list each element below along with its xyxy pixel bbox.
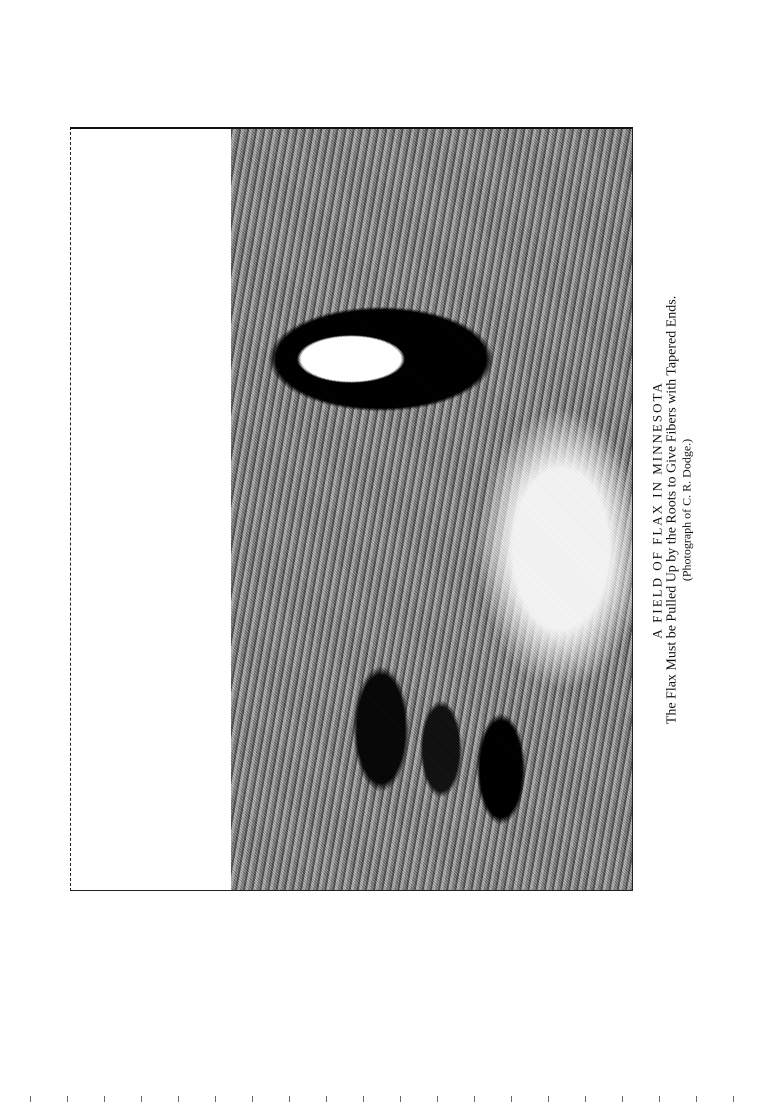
photo-blank-margin xyxy=(71,129,231,890)
caption-subtitle: The Flax Must be Pulled Up by the Roots … xyxy=(665,150,680,870)
caption-credit: (Photograph of C. R. Dodge.) xyxy=(680,150,695,870)
document-page: A FIELD OF FLAX IN MINNESOTA The Flax Mu… xyxy=(0,0,760,1106)
scan-artifact-marks xyxy=(30,1096,750,1102)
flax-field-photograph xyxy=(231,129,632,890)
caption-title: A FIELD OF FLAX IN MINNESOTA xyxy=(650,150,665,870)
figure-caption: A FIELD OF FLAX IN MINNESOTA The Flax Mu… xyxy=(650,150,695,870)
figure-photo-frame xyxy=(70,127,633,891)
